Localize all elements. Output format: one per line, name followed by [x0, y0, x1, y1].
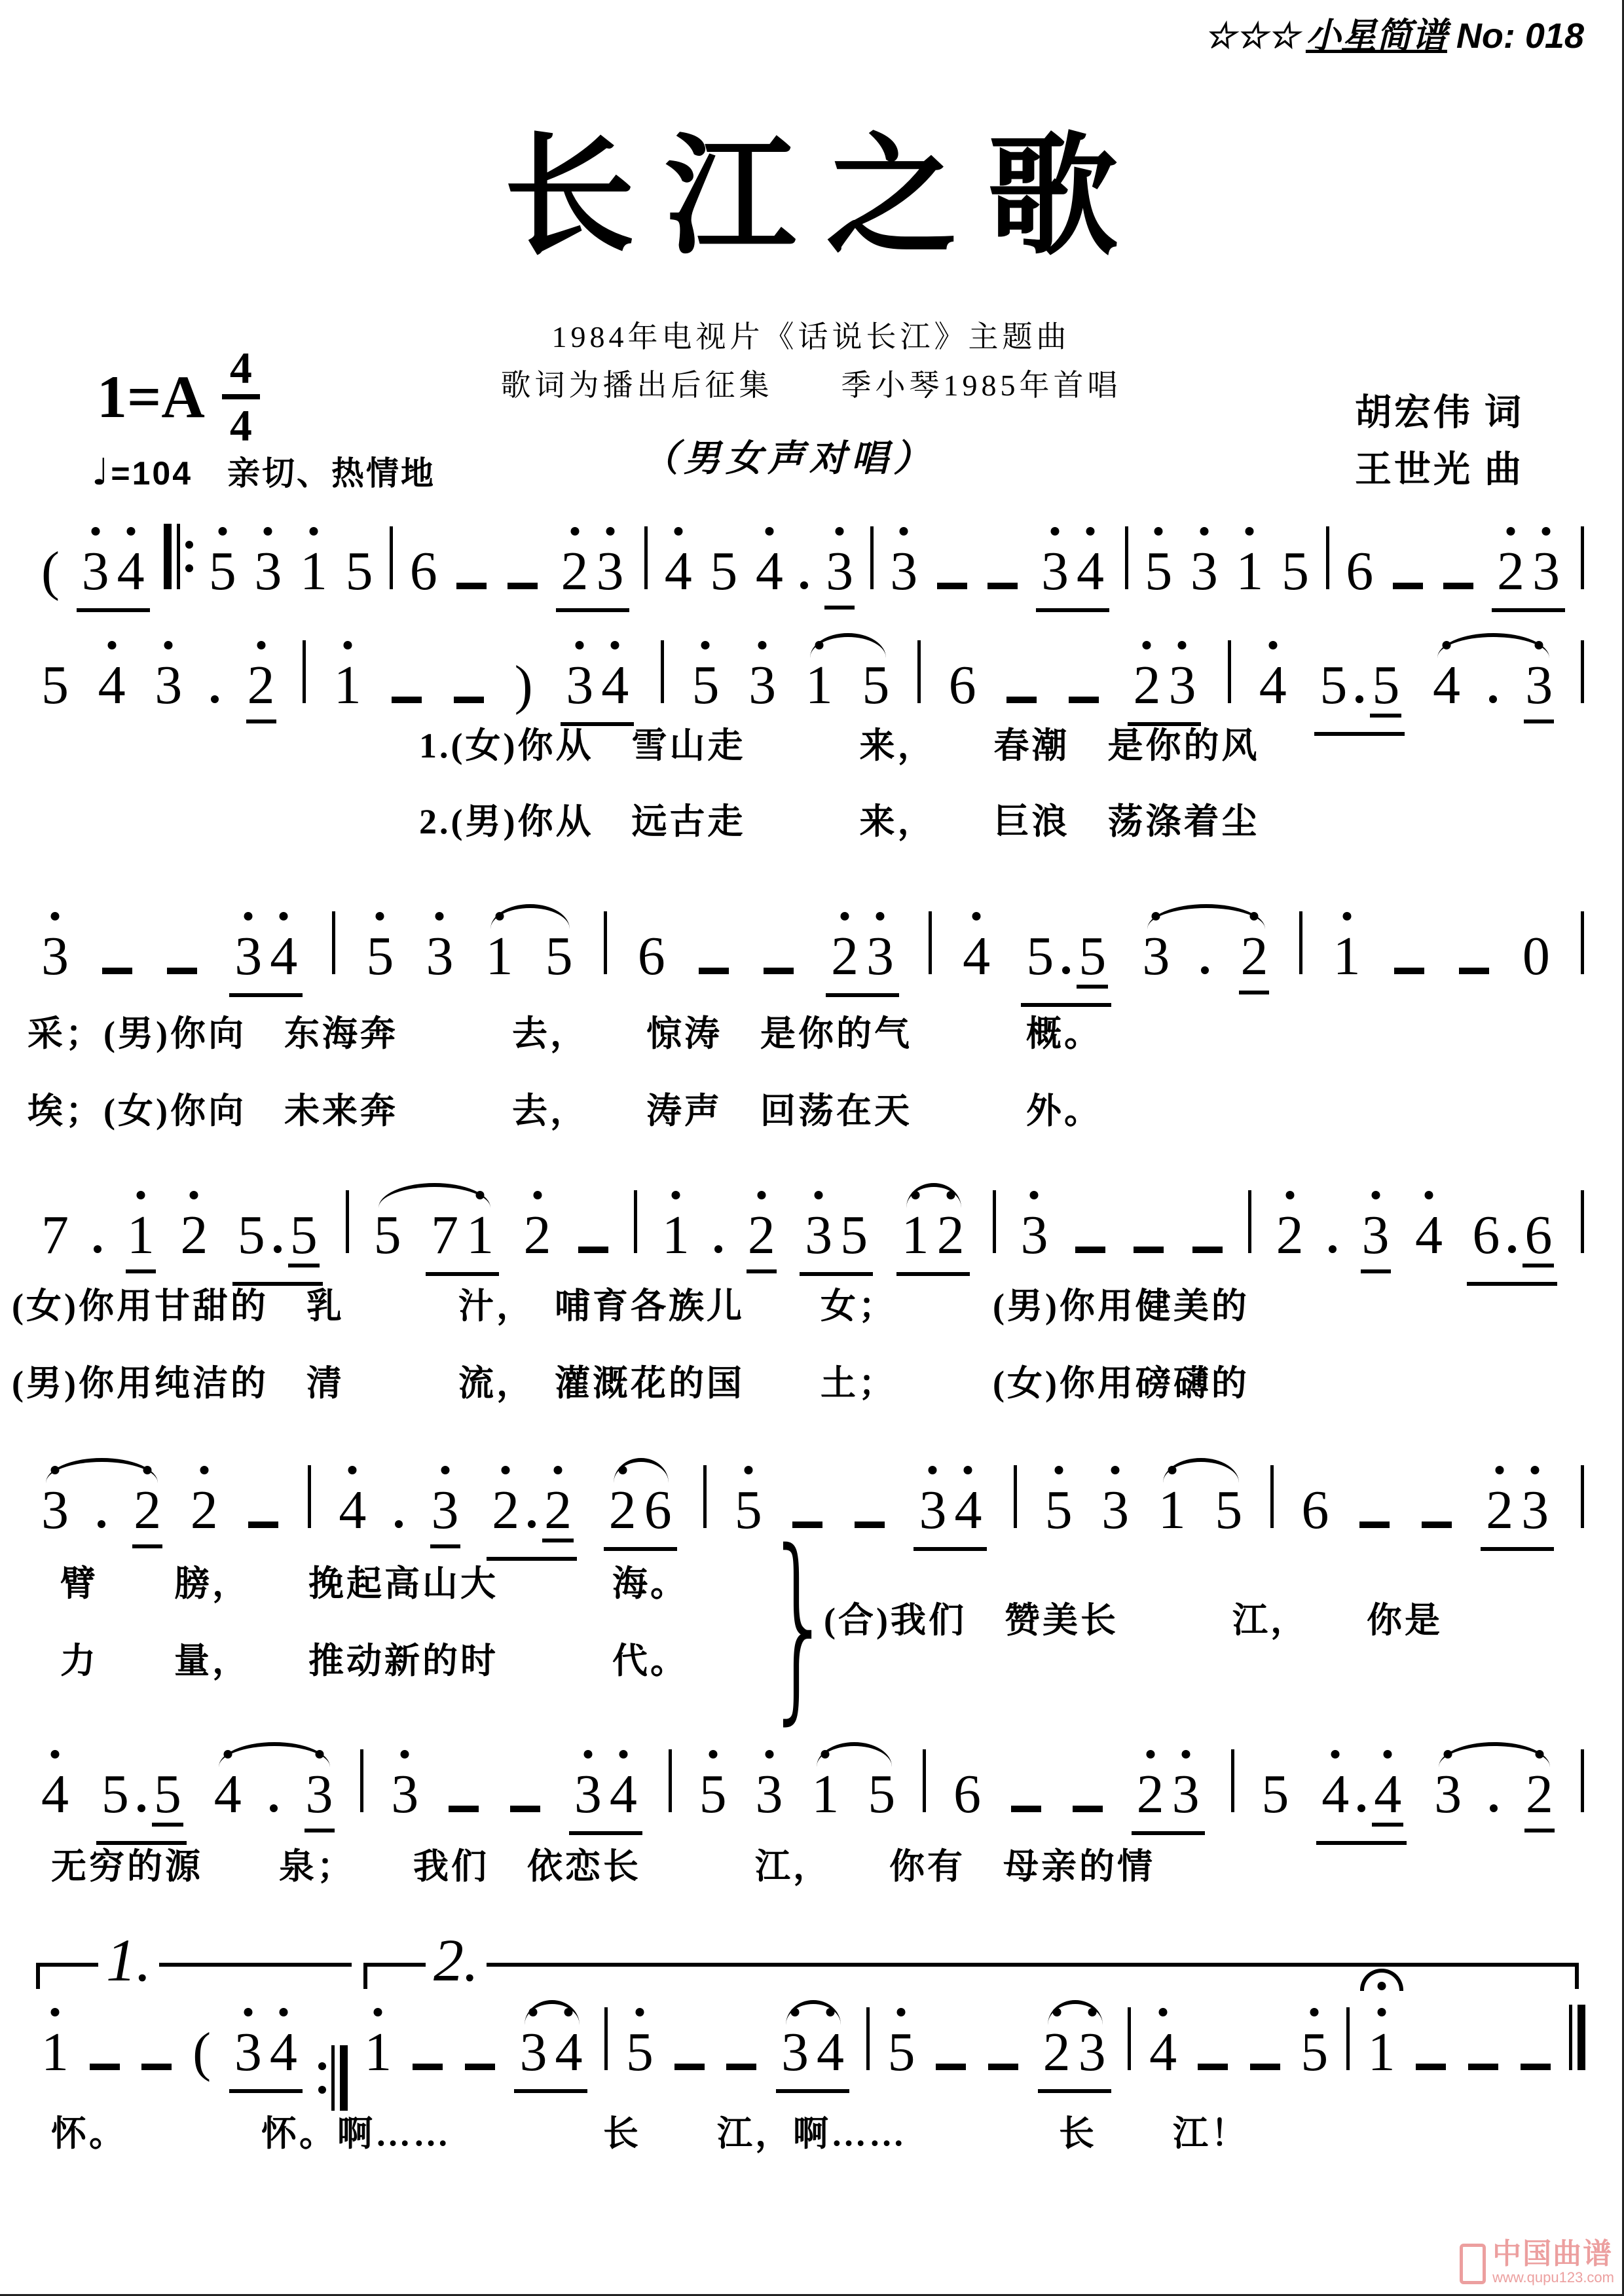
note: 3 [1077, 2026, 1107, 2079]
duration-dash-icon [141, 2064, 172, 2070]
octave-dot-icon [765, 1750, 773, 1758]
note: 3 [40, 930, 70, 983]
quarter-note-icon: ♩ [92, 451, 111, 494]
note: 3 [1433, 1768, 1463, 1821]
meter-numerator: 4 [222, 346, 260, 399]
octave-dot-icon [744, 1466, 752, 1474]
augmentation-dot-icon [211, 695, 219, 703]
tonic: 1=A [97, 367, 205, 427]
double-underline-icon [1077, 985, 1108, 989]
note-group: 34 [77, 545, 150, 612]
note: 6 [1471, 1209, 1501, 1262]
repeat-dots-icon [185, 541, 193, 572]
augmentation-dot-icon [1356, 695, 1363, 703]
bar-line-icon [661, 640, 664, 703]
note: 4 [116, 545, 146, 598]
octave-dot-icon [502, 1466, 510, 1474]
octave-dot-icon [435, 912, 444, 920]
note: 4 [663, 545, 693, 598]
note: 5 [544, 930, 574, 983]
slur-arc-icon [810, 633, 887, 658]
octave-dot-icon [964, 1466, 972, 1474]
slur-arc-icon [817, 1742, 893, 1767]
note: 6 [1344, 545, 1375, 598]
bar-line-icon [870, 526, 874, 589]
note: 5 [1371, 659, 1401, 712]
octave-dot-icon [257, 641, 265, 649]
note: 0 [1521, 930, 1551, 983]
note: 5 [1143, 545, 1173, 598]
augmentation-dot-icon [1062, 966, 1070, 974]
lyrics-row-5: 无穷的源 泉； 我们 依恋长 江， 你有 母亲的情 [51, 1846, 1155, 1887]
note: 3 [518, 2026, 548, 2079]
note: 3 [754, 1768, 784, 1821]
note: 7 [40, 1209, 70, 1262]
octave-dot-icon [757, 1191, 766, 1199]
duration-dash-icon [1521, 2064, 1551, 2070]
note: 3 [40, 1484, 70, 1537]
note: 3 [1100, 1484, 1130, 1537]
octave-dot-icon [264, 527, 272, 536]
octave-dot-icon [1051, 527, 1060, 536]
note: 2 [1239, 930, 1269, 994]
bar-line-icon [644, 526, 648, 589]
lyrics-row-2a: 采；(男)你向 东海奔 去， 惊涛 是你的气 概。 [28, 1013, 1102, 1054]
octave-dot-icon [929, 1466, 937, 1474]
octave-dot-icon [1496, 1466, 1504, 1474]
augmentation-dot-icon [1489, 695, 1497, 703]
note: 3 [1520, 1484, 1550, 1537]
note: 3 [304, 1768, 335, 1832]
duration-dash-icon [1250, 2064, 1280, 2070]
watermark: 中国曲谱 www.qupu123.com [1460, 2240, 1614, 2287]
note: 4 [953, 1484, 983, 1537]
tempo-marking: ♩=104 亲切、热情地 [92, 450, 435, 494]
note: 5 [1260, 1768, 1290, 1821]
duration-dash-icon [449, 1806, 479, 1812]
octave-dot-icon [1246, 527, 1254, 536]
note: 4 [1414, 1209, 1444, 1262]
bar-line-icon [303, 640, 306, 703]
note: 4 [608, 1768, 638, 1821]
octave-dot-icon [1268, 641, 1277, 649]
note-group: 23 [556, 545, 629, 612]
note: 2 [1042, 2026, 1072, 2079]
note-group: 34 [913, 1484, 987, 1551]
music-line-2: 54321)34531562345543 [36, 640, 1588, 736]
octave-dot-icon [1146, 1750, 1154, 1758]
duration-dash-icon [510, 1806, 540, 1812]
note: 1 [126, 1209, 156, 1273]
duration-dash-icon [674, 2064, 705, 2070]
volta-1-bracket: 1. [36, 1963, 352, 1993]
note-group: 55 [232, 1209, 323, 1286]
note-group: 23 [1128, 659, 1201, 726]
octave-dot-icon [309, 527, 318, 536]
augmentation-dot-icon [1508, 1245, 1516, 1253]
slur-arc-icon [614, 1458, 669, 1483]
note: 1 [363, 2026, 393, 2079]
octave-dot-icon [765, 527, 773, 536]
slur-arc-icon [1437, 633, 1549, 658]
octave-dot-icon [136, 1191, 145, 1199]
note: 5 [1318, 659, 1348, 712]
note-group: 26 [604, 1484, 677, 1551]
note: 2 [246, 659, 276, 723]
duration-dash-icon [1394, 968, 1424, 974]
note: 2 [523, 1209, 553, 1262]
duration-dash-icon [699, 968, 729, 974]
note: 2 [490, 1484, 521, 1537]
note: 5 [625, 2026, 655, 2079]
note: 6 [409, 545, 439, 598]
volta-2-label: 2. [426, 1930, 487, 1990]
lyrics-verse2-male: 2.(男)你从 远古走 来， 巨浪 荡涤着尘 [419, 801, 1259, 842]
duration-dash-icon [578, 1247, 608, 1253]
note: 3 [1019, 1209, 1049, 1262]
lyrics-row-3b: (男)你用纯洁的 清 流， 灌溉花的国 土； (女)你用磅礴的 [12, 1363, 1249, 1404]
time-signature: 4 4 [222, 346, 260, 448]
duration-dash-icon [1443, 583, 1473, 589]
note: 5 [289, 1209, 319, 1262]
lyrics-row-3a: (女)你用甘甜的 乳 汁， 哺育各族儿 女； (男)你用健美的 [12, 1286, 1249, 1326]
note: 4 [97, 659, 127, 712]
duration-dash-icon [764, 968, 794, 974]
volta-1-label: 1. [98, 1930, 159, 1990]
note-group: 23 [1481, 1484, 1554, 1551]
note: 1 [810, 1768, 840, 1821]
note: 5 [698, 1768, 728, 1821]
note: 5 [866, 1768, 896, 1821]
note: 1 [661, 1209, 691, 1262]
note-group: 55 [1021, 930, 1111, 1007]
note: 1 [1332, 930, 1362, 983]
slur-arc-icon [46, 1458, 158, 1483]
note-group: 12 [896, 1209, 970, 1276]
note: 6 [948, 659, 978, 712]
bar-line-icon [917, 640, 921, 703]
duration-dash-icon [1011, 1806, 1041, 1812]
note: 3 [1040, 545, 1070, 598]
double-underline-icon [542, 1539, 574, 1542]
octave-dot-icon [1541, 527, 1550, 536]
augmentation-dot-icon [528, 1520, 536, 1528]
note: 3 [747, 659, 777, 712]
octave-dot-icon [897, 2008, 906, 2016]
octave-dot-icon [841, 912, 849, 920]
note: 3 [1531, 545, 1561, 598]
bar-line-icon [669, 1749, 672, 1812]
octave-dot-icon [1159, 2008, 1168, 2016]
augmentation-dot-icon [1201, 966, 1209, 974]
music-line-7: 1(34134534523451 [36, 2005, 1588, 2105]
bar-line-icon [332, 911, 335, 974]
lyricist: 胡宏伟 词 [1355, 385, 1524, 442]
duration-dash-icon [937, 583, 967, 589]
octave-dot-icon [1506, 527, 1515, 536]
duration-dash-icon [1459, 968, 1489, 974]
note-group: 34 [514, 2026, 587, 2093]
octave-dot-icon [619, 1750, 627, 1758]
octave-dot-icon [972, 912, 981, 920]
duration-dash-icon [1075, 1247, 1105, 1253]
note: 2 [189, 1484, 219, 1537]
octave-dot-icon [1331, 1750, 1340, 1758]
paren: ) [513, 659, 534, 712]
note: 5 [1025, 930, 1055, 983]
octave-dot-icon [343, 641, 352, 649]
bar-line-icon [866, 2007, 870, 2070]
duration-dash-icon [1073, 1806, 1103, 1812]
note: 5 [1044, 1484, 1074, 1537]
augmentation-dot-icon [714, 1245, 722, 1253]
octave-dot-icon [279, 2008, 287, 2016]
note: 6 [1300, 1484, 1330, 1537]
bar-line-icon [346, 1190, 349, 1253]
duration-dash-icon [167, 968, 197, 974]
note: 5 [208, 545, 238, 598]
octave-dot-icon [91, 527, 100, 536]
note: 3 [153, 659, 183, 712]
repeat-begin-icon [164, 524, 193, 589]
duration-dash-icon [1069, 697, 1099, 703]
note: 2 [560, 545, 590, 598]
note: 5 [100, 1768, 130, 1821]
duration-dash-icon [90, 2064, 120, 2070]
bar-line-icon [993, 1190, 996, 1253]
note: 3 [81, 545, 111, 598]
bar-line-icon [1014, 1465, 1017, 1528]
octave-dot-icon [348, 1466, 357, 1474]
octave-dot-icon [1030, 1191, 1039, 1199]
double-underline-icon [1372, 1823, 1403, 1827]
octave-dot-icon [709, 1750, 717, 1758]
octave-dot-icon [51, 2008, 60, 2016]
note: 2 [1524, 1768, 1555, 1832]
publisher-brand: 小星简谱 [1306, 16, 1447, 56]
octave-dot-icon [244, 2008, 252, 2016]
duration-dash-icon [726, 2064, 756, 2070]
slur-arc-icon [786, 2000, 841, 2025]
octave-dot-icon [1377, 2008, 1386, 2016]
note: 3 [865, 930, 895, 983]
octave-dot-icon [1181, 1750, 1190, 1758]
octave-dot-icon [1111, 1466, 1120, 1474]
note: 1 [1234, 545, 1264, 598]
octave-dot-icon [533, 1191, 542, 1199]
augmentation-dot-icon [395, 1520, 403, 1528]
augmentation-dot-icon [270, 1804, 278, 1812]
bar-line-icon [923, 1749, 926, 1812]
watermark-site-url: www.qupu123.com [1492, 2269, 1614, 2287]
duration-dash-icon [987, 583, 1018, 589]
bar-line-icon [1248, 1190, 1251, 1253]
slur-arc-icon [490, 904, 570, 929]
note: 5 [153, 1768, 183, 1821]
octave-dot-icon [374, 2008, 382, 2016]
duration-dash-icon [1422, 1522, 1452, 1528]
note: 4 [1075, 545, 1105, 598]
octave-dot-icon [836, 527, 844, 536]
duration-dash-icon [855, 1522, 885, 1528]
lyrics-row-4-joint: (合)我们 赞美长 江， 你是 [824, 1600, 1443, 1641]
note-group: 23 [826, 930, 899, 997]
slur-arc-icon [906, 1183, 961, 1208]
note: 5 [733, 1484, 764, 1537]
note-group: 34 [561, 659, 634, 726]
octave-dot-icon [1384, 1750, 1392, 1758]
bar-line-icon [1581, 1465, 1584, 1528]
octave-dot-icon [635, 2008, 644, 2016]
note: 3 [573, 1768, 603, 1821]
music-line-6: 45543334531562354432 [36, 1749, 1588, 1845]
duration-dash-icon [1192, 1247, 1223, 1253]
note: 6 [1523, 1209, 1553, 1262]
note: 1 [465, 1209, 495, 1262]
duration-dash-icon [1006, 697, 1037, 703]
note: 5 [1077, 930, 1107, 983]
note: 5 [1280, 545, 1310, 598]
bar-line-icon [1125, 526, 1128, 589]
note: 5 [860, 659, 891, 712]
note: 3 [803, 1209, 834, 1262]
note: 5 [690, 659, 720, 712]
duration-dash-icon [413, 2064, 443, 2070]
note: 5 [373, 1209, 403, 1262]
performance-note: （男女声对唱） [642, 437, 935, 481]
bar-line-icon [390, 526, 393, 589]
octave-dot-icon [576, 641, 584, 649]
note: 4 [1148, 2026, 1178, 2079]
note: 4 [754, 545, 784, 598]
note: 3 [1167, 659, 1197, 712]
note: 3 [1141, 930, 1171, 983]
note-group: 34 [229, 930, 303, 997]
music-line-4: 712555712123512323466 [36, 1190, 1588, 1286]
note: 5 [344, 545, 375, 598]
bar-line-icon [1299, 911, 1302, 974]
octave-dot-icon [606, 527, 614, 536]
note: 3 [424, 930, 454, 983]
note: 5 [1299, 2026, 1329, 2079]
note: 3 [233, 930, 263, 983]
octave-dot-icon [671, 1191, 680, 1199]
note: 3 [1189, 545, 1219, 598]
octave-dot-icon [1154, 527, 1163, 536]
note: 4 [1431, 659, 1462, 712]
octave-dot-icon [876, 912, 885, 920]
duration-dash-icon [454, 697, 484, 703]
bar-line-icon [1228, 640, 1231, 703]
duration-dash-icon [1468, 2064, 1498, 2070]
note: 3 [1361, 1209, 1391, 1273]
octave-dot-icon [126, 527, 135, 536]
note: 3 [1171, 1768, 1201, 1821]
octave-dot-icon [164, 641, 173, 649]
note: 7 [430, 1209, 460, 1262]
octave-dot-icon [51, 1750, 60, 1758]
slur-arc-icon [1163, 1458, 1239, 1483]
bar-line-icon [308, 1465, 311, 1528]
octave-dot-icon [1310, 2008, 1319, 2016]
note-group: 22 [487, 1484, 577, 1561]
bar-line-icon [634, 1190, 637, 1253]
bar-line-icon [1231, 1749, 1234, 1812]
note: 4 [815, 2026, 845, 2079]
slur-arc-icon [1048, 2000, 1103, 2025]
note: 3 [595, 545, 625, 598]
note-group: 55 [96, 1768, 187, 1845]
note-group: 34 [1036, 545, 1109, 612]
watermark-site-name: 中国曲谱 [1492, 2240, 1614, 2269]
octave-dot-icon [1285, 1191, 1294, 1199]
augmentation-dot-icon [800, 581, 808, 589]
volta-brackets: 1. 2. [36, 1933, 1588, 1998]
repeat-dots-icon [318, 2062, 326, 2094]
note: 5 [40, 659, 70, 712]
note: 2 [543, 1484, 573, 1537]
octave-dot-icon [554, 1466, 563, 1474]
octave-dot-icon [376, 912, 384, 920]
note: 1 [1367, 2026, 1397, 2079]
bar-line-icon [703, 1465, 707, 1528]
augmentation-dot-icon [98, 1520, 105, 1528]
duration-dash-icon [102, 968, 132, 974]
note: 5 [236, 1209, 267, 1262]
note: 4 [268, 2026, 299, 2079]
octave-dot-icon [674, 527, 682, 536]
duration-dash-icon [248, 1522, 278, 1528]
lyrics-verse1-female: 1.(女)你从 雪山走 来， 春潮 是你的风 [419, 725, 1259, 766]
octave-dot-icon [1371, 1191, 1380, 1199]
note: 4 [961, 930, 991, 983]
lyrics-row-final: 怀。 怀。啊…… 长 江，啊…… 长 江！ [51, 2113, 1249, 2154]
duration-dash-icon [1359, 1522, 1390, 1528]
credits: 胡宏伟 词 王世光 曲 [1355, 385, 1524, 499]
note: 1 [299, 545, 329, 598]
note: 5 [709, 545, 739, 598]
note: 1 [40, 2026, 70, 2079]
octave-dot-icon [1086, 527, 1095, 536]
note: 1 [333, 659, 363, 712]
note: 3 [889, 545, 919, 598]
octave-dot-icon [1178, 641, 1187, 649]
note-group: 55 [1314, 659, 1405, 736]
note-group: 44 [1316, 1768, 1407, 1845]
final-bar-icon [1569, 2005, 1585, 2070]
sheet-music-page: ☆☆☆小星简谱No: 018 长江之歌 1984年电视片《话说长江》主题曲 歌词… [0, 0, 1624, 2296]
note-group: 23 [1132, 1768, 1205, 1835]
bar-line-icon [604, 2007, 608, 2070]
bar-line-icon [1326, 526, 1329, 589]
note-group: 23 [1492, 545, 1565, 612]
watermark-logo-icon [1460, 2244, 1486, 2284]
music-line-3: 33453156234553210 [36, 911, 1588, 1007]
note: 4 [213, 1768, 243, 1821]
note-group: 66 [1467, 1209, 1557, 1286]
tempo-expression: 亲切、热情地 [227, 455, 435, 492]
duration-dash-icon [456, 583, 487, 589]
augmentation-dot-icon [138, 1804, 145, 1812]
note: 2 [747, 1209, 777, 1273]
note: 3 [253, 545, 283, 598]
augmentation-dot-icon [1490, 1804, 1498, 1812]
note: 2 [830, 930, 860, 983]
octave-dot-icon [815, 1191, 823, 1199]
bar-line-icon [1128, 2007, 1131, 2070]
bar-line-icon [1581, 1190, 1584, 1253]
note: 4 [553, 2026, 583, 2079]
